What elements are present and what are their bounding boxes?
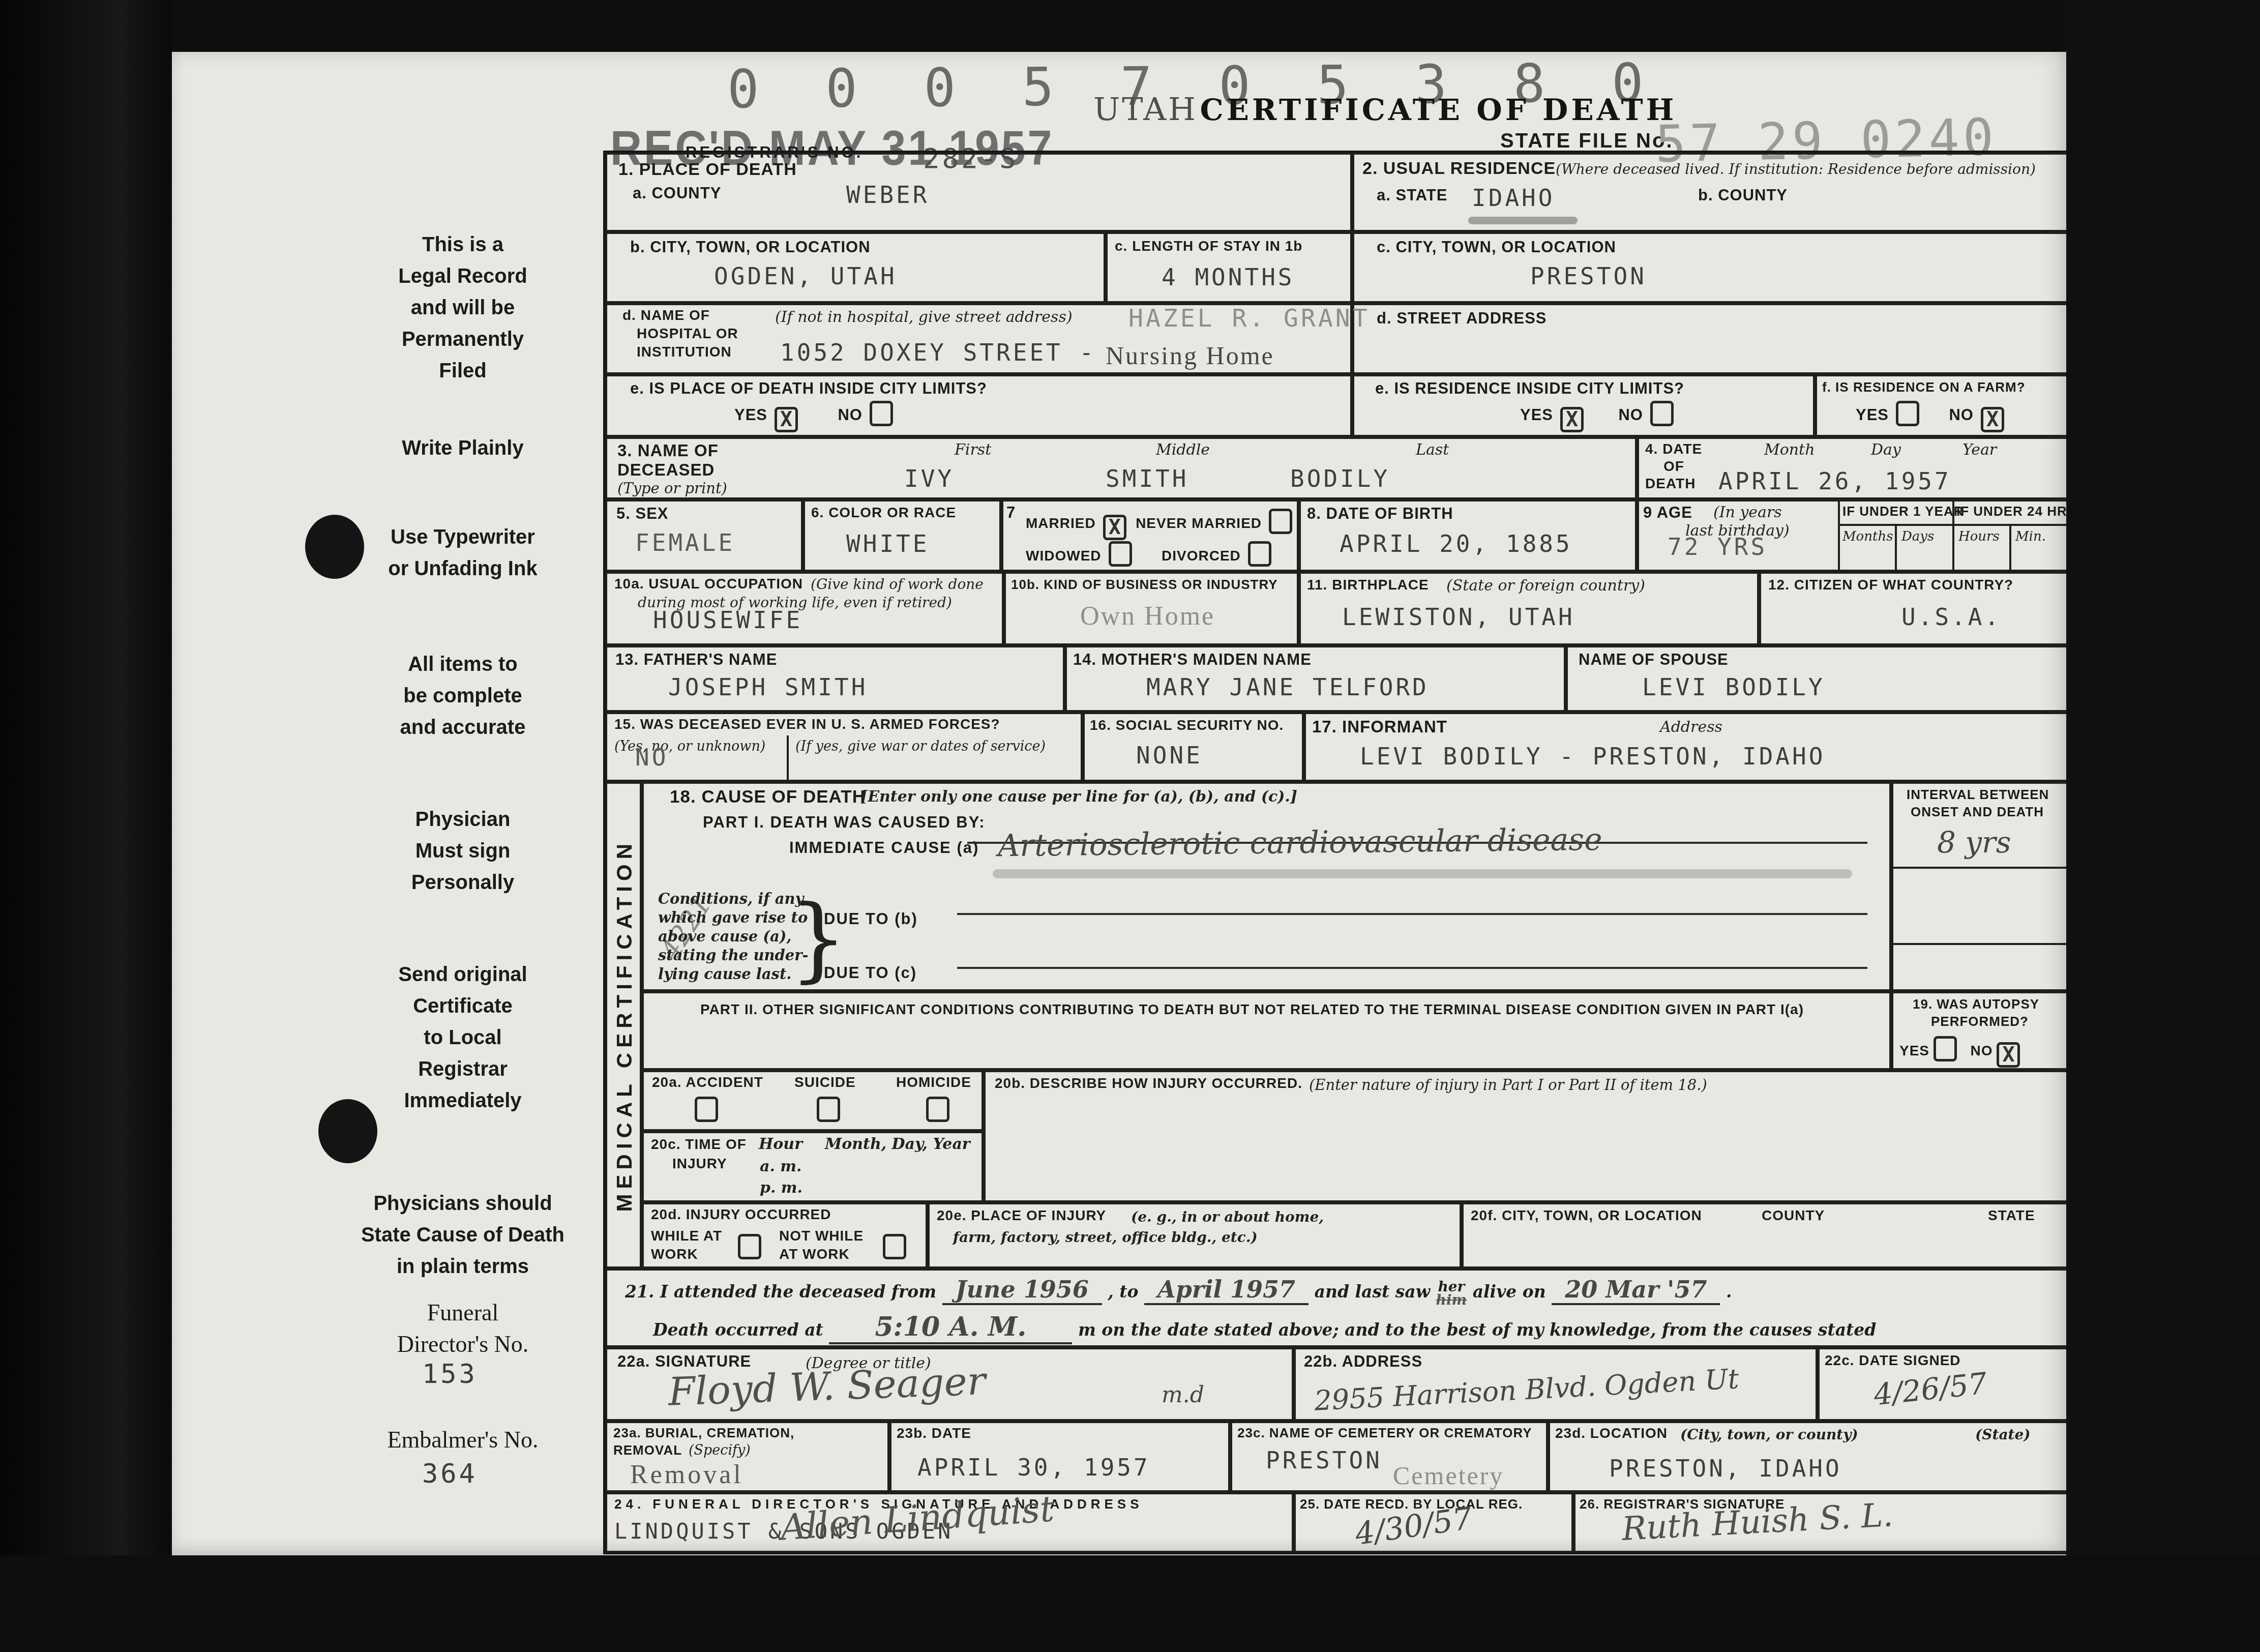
photo-edge-bottom	[0, 1555, 2260, 1652]
field-residence-city: c. CITY, TOWN, OR LOCATION PRESTON	[1350, 230, 2069, 305]
photo-edge-left	[0, 0, 172, 1652]
photo-edge-top	[0, 0, 2260, 52]
marker-underline	[1468, 217, 1578, 224]
field-armed-forces: 15. WAS DECEASED EVER IN U. S. ARMED FOR…	[605, 710, 1085, 784]
field-marital-status: 7 MARRIEDX NEVER MARRIED WIDOWED DIVORCE…	[999, 497, 1301, 574]
checkbox-autopsy-no-checked: X	[1997, 1042, 2020, 1068]
field-city-of-death: b. CITY, TOWN, OR LOCATION OGDEN, UTAH	[605, 230, 1108, 305]
burial-type-value: Removal	[630, 1460, 744, 1490]
field-color-or-race: 6. COLOR OR RACE WHITE	[801, 497, 1003, 574]
cemetery-value-2: Cemetery	[1393, 1461, 1504, 1490]
cause-of-death-value: Arteriosclerotic cardiovascular disease	[998, 822, 1602, 864]
field-residence-street: d. STREET ADDRESS	[1350, 301, 2069, 376]
field-name-of-spouse: NAME OF SPOUSE LEVI BODILY	[1564, 643, 2069, 714]
field-sex: 5. SEX FEMALE	[605, 497, 805, 574]
checkbox-no	[870, 401, 893, 426]
medical-certification-band: MEDICAL CERTIFICATION	[605, 780, 644, 1271]
funeral-director-number: 153	[422, 1359, 478, 1390]
field-date-of-birth: 8. DATE OF BIRTH APRIL 20, 1885	[1297, 497, 1639, 574]
conditions-note: Conditions, if any,which gave rise to ab…	[658, 890, 809, 984]
age-value: 72 YRS	[1668, 533, 1767, 560]
armed-forces-value: NO	[635, 744, 668, 771]
checkbox-yes-checked: X	[1560, 407, 1584, 432]
hospital-address-value: 1052 DOXEY STREET -	[780, 339, 1096, 366]
field-date-of-death: 4. DATE OF DEATH Month Day Year APRIL 26…	[1635, 435, 2069, 501]
field-hospital-name: d. NAME OF HOSPITAL OR INSTITUTION (If n…	[605, 301, 1354, 376]
attended-from-value: June 1956	[942, 1276, 1102, 1305]
field-physician-signature: 22a. SIGNATURE (Degree or title) Floyd W…	[605, 1345, 1296, 1423]
field-residence-city-limits: e. IS RESIDENCE INSIDE CITY LIMITS? YESX…	[1350, 372, 1817, 439]
note-complete: All items tobe complete and accurate	[320, 648, 605, 743]
time-of-death-value: 5:10 A. M.	[829, 1311, 1072, 1344]
field-time-of-injury: 20c. TIME OF INJURY Hour Month, Day, Yea…	[640, 1129, 986, 1204]
occupation-value: HOUSEWIFE	[653, 606, 802, 634]
field-describe-injury: 20b. DESCRIBE HOW INJURY OCCURRED. (Ente…	[982, 1068, 2069, 1204]
last-name-value: BODILY	[1290, 465, 1390, 492]
field-injury-occurred: 20d. INJURY OCCURRED WHILE AT WORK NOT W…	[640, 1200, 930, 1271]
burial-date-value: APRIL 30, 1957	[917, 1454, 1150, 1481]
checkbox-autopsy-yes	[1934, 1036, 1957, 1061]
note-typewriter: Use Typewriteror Unfading Ink	[320, 521, 605, 584]
field-registrar-signature: 26. REGISTRAR'S SIGNATURE Ruth Huish S. …	[1571, 1490, 2069, 1553]
checkbox-suicide	[817, 1097, 840, 1122]
last-seen-value: 20 Mar '57	[1552, 1276, 1720, 1305]
first-name-value: IVY	[904, 465, 954, 492]
note-legal-record: This is aLegal Record and will bePermane…	[320, 229, 605, 387]
field-interval: INTERVAL BETWEEN ONSET AND DEATH 8 yrs	[1889, 780, 2069, 993]
field-usual-occupation: 10a. USUAL OCCUPATION (Give kind of work…	[605, 570, 1006, 647]
birthplace-value: LEWISTON, UTAH	[1342, 603, 1575, 631]
residence-state-value: IDAHO	[1472, 184, 1555, 212]
middle-name-value: SMITH	[1106, 465, 1188, 492]
checkbox-accident	[695, 1097, 718, 1122]
citizen-value: U.S.A.	[1901, 603, 2001, 631]
business-value: Own Home	[1080, 601, 1215, 631]
title-utah: UTAH	[1093, 91, 1198, 128]
embalmer-number: 364	[422, 1459, 478, 1489]
field-usual-residence: 2. USUAL RESIDENCE (Where deceased lived…	[1350, 153, 2069, 234]
field-fathers-name: 13. FATHER'S NAME JOSEPH SMITH	[605, 643, 1067, 714]
length-of-stay-value: 4 MONTHS	[1162, 263, 1295, 291]
city-of-death-value: OGDEN, UTAH	[714, 262, 897, 290]
checkbox-never-married	[1269, 509, 1292, 534]
field-citizen: 12. CITIZEN OF WHAT COUNTRY? U.S.A.	[1757, 570, 2069, 647]
checkbox-yes-checked: X	[775, 407, 798, 432]
field-length-of-stay: c. LENGTH OF STAY IN 1b 4 MONTHS	[1104, 230, 1354, 305]
physician-address-value: 2955 Harrison Blvd. Ogden Ut	[1314, 1363, 1740, 1417]
note-plain-terms: Physicians shouldState Cause of Death in…	[295, 1188, 631, 1282]
field-injury-city: 20f. CITY, TOWN, OR LOCATION COUNTY STAT…	[1460, 1200, 2069, 1271]
note-physician-sign: PhysicianMust sign Personally	[320, 804, 605, 898]
her-him-correction: herhim	[1436, 1280, 1467, 1307]
spouse-value: LEVI BODILY	[1642, 673, 1825, 701]
photo-edge-right	[2066, 0, 2260, 1652]
county-value: WEBER	[846, 181, 929, 209]
checkbox-homicide	[926, 1097, 949, 1122]
field-autopsy: 19. WAS AUTOPSY PERFORMED? YES NOX	[1889, 989, 2069, 1072]
hospital-name-value: Nursing Home	[1106, 341, 1274, 370]
mothers-name-value: MARY JANE TELFORD	[1146, 673, 1429, 701]
checkbox-married-checked: X	[1103, 515, 1126, 540]
field-attended-statement: 21. I attended the deceased from June 19…	[605, 1266, 2069, 1349]
hazel-grant-stamp: HAZEL R. GRANT	[1128, 304, 1370, 333]
checkbox-yes	[1896, 401, 1919, 426]
scanned-death-certificate: 0 0 0 5 7 0 5 3 8 0 REC'D MAY 31 1957 RE…	[0, 0, 2260, 1652]
field-place-of-death: 1. PLACE OF DEATH a. COUNTY WEBER	[605, 153, 1354, 234]
field-residence-farm: f. IS RESIDENCE ON A FARM? YES NOX	[1813, 372, 2069, 439]
note-write-plainly: Write Plainly	[320, 432, 605, 464]
field-cemetery-location: 23d. LOCATION (City, town, or county) (S…	[1546, 1419, 2069, 1494]
field-kind-of-business: 10b. KIND OF BUSINESS OR INDUSTRY Own Ho…	[1002, 570, 1301, 647]
checkbox-while-at-work	[738, 1234, 761, 1259]
field-date-signed: 22c. DATE SIGNED 4/26/57	[1816, 1345, 2069, 1423]
field-mothers-maiden-name: 14. MOTHER'S MAIDEN NAME MARY JANE TELFO…	[1063, 643, 1568, 714]
field-death-city-limits: e. IS PLACE OF DEATH INSIDE CITY LIMITS?…	[605, 372, 1354, 439]
field-burial-removal: 23a. BURIAL, CREMATION, REMOVAL (Specify…	[605, 1419, 891, 1494]
field-name-of-deceased: 3. NAME OF DECEASED (Type or print) Firs…	[605, 435, 1639, 501]
field-burial-date: 23b. DATE APRIL 30, 1957	[887, 1419, 1232, 1494]
interval-value: 8 yrs	[1937, 825, 2011, 860]
field-informant: 17. INFORMANT Address LEVI BODILY - PRES…	[1302, 710, 2069, 784]
note-embalmer: Embalmer's No.	[295, 1424, 631, 1456]
field-part2-conditions: PART II. OTHER SIGNIFICANT CONDITIONS CO…	[640, 989, 1893, 1072]
title-rest: CERTIFICATE OF DEATH	[1200, 93, 1677, 127]
field-accident-suicide-homicide: 20a. ACCIDENT SUICIDE HOMICIDE	[640, 1068, 986, 1133]
date-of-death-value: APRIL 26, 1957	[1718, 467, 1951, 495]
field-funeral-director: 24. FUNERAL DIRECTOR'S SIGNATURE AND ADD…	[605, 1490, 1296, 1553]
state-file-label: STATE FILE No.	[1500, 130, 1674, 153]
residence-city-value: PRESTON	[1530, 262, 1647, 290]
ssn-value: NONE	[1136, 742, 1203, 769]
informant-value: LEVI BODILY - PRESTON, IDAHO	[1360, 743, 1825, 770]
checkbox-widowed	[1109, 541, 1132, 567]
degree-value: m.d	[1162, 1382, 1204, 1408]
note-send-original: Send originalCertificate to LocalRegistr…	[320, 959, 605, 1116]
field-cemetery-name: 23c. NAME OF CEMETERY OR CREMATORY PREST…	[1228, 1419, 1550, 1494]
checkbox-no	[1650, 401, 1674, 426]
cemetery-value-1: PRESTON	[1266, 1447, 1382, 1474]
date-of-birth-value: APRIL 20, 1885	[1340, 530, 1572, 557]
field-place-of-injury: 20e. PLACE OF INJURY (e. g., in or about…	[926, 1200, 1464, 1271]
field-cause-of-death: 18. CAUSE OF DEATH [Enter only one cause…	[640, 780, 1893, 993]
cemetery-location-value: PRESTON, IDAHO	[1609, 1455, 1842, 1482]
date-signed-value: 4/26/57	[1872, 1366, 1988, 1412]
field-age: 9 AGE (In years last birthday) 72 YRS IF…	[1635, 497, 2069, 574]
note-funeral-director: FuneralDirector's No.	[295, 1297, 631, 1360]
field-social-security: 16. SOCIAL SECURITY NO. NONE	[1081, 710, 1306, 784]
checkbox-divorced	[1248, 541, 1271, 567]
certificate-title: UTAH CERTIFICATE OF DEATH	[1093, 91, 1677, 128]
attended-to-value: April 1957	[1144, 1276, 1309, 1305]
field-birthplace: 11. BIRTHPLACE (State or foreign country…	[1297, 570, 1761, 647]
field-date-received: 25. DATE RECD. BY LOCAL REG. 4/30/57	[1292, 1490, 1575, 1553]
sex-value: FEMALE	[635, 529, 735, 556]
fathers-name-value: JOSEPH SMITH	[668, 673, 868, 701]
highlight-streak	[993, 869, 1852, 878]
race-value: WHITE	[846, 530, 929, 557]
field-physician-address: 22b. ADDRESS 2955 Harrison Blvd. Ogden U…	[1292, 1345, 1820, 1423]
checkbox-no-checked: X	[1981, 407, 2004, 432]
checkbox-not-while-at-work	[883, 1234, 906, 1259]
